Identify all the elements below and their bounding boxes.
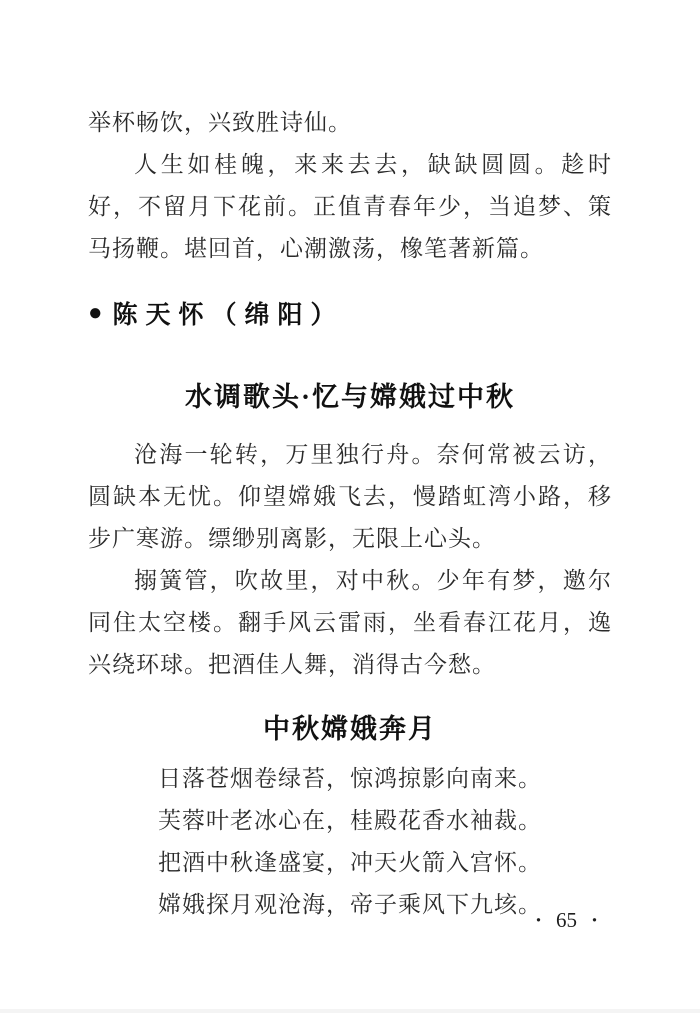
page-number-right-dot: · bbox=[591, 910, 598, 931]
poem1-stanzas: 沧海一轮转，万里独行舟。奈何常被云访，圆缺本无忧。仰望嫦娥飞去，慢踏虹湾小路，移… bbox=[88, 434, 612, 686]
poem1-stanza-1: 沧海一轮转，万里独行舟。奈何常被云访，圆缺本无忧。仰望嫦娥飞去，慢踏虹湾小路，移… bbox=[88, 434, 612, 560]
poem2-verse-line: 嫦娥探月观沧海，帝子乘风下九垓。 bbox=[88, 884, 612, 926]
author-heading: ● 陈天怀（绵阳） bbox=[88, 296, 612, 330]
author-name: 陈天怀（绵阳） bbox=[113, 295, 344, 331]
paragraph-continuation: 举杯畅饮，兴致胜诗仙。 bbox=[88, 102, 612, 144]
poem1-stanza-2: 搦簧管，吹故里，对中秋。少年有梦，邀尔同住太空楼。翻手风云雷雨，坐看春江花月，逸… bbox=[88, 560, 612, 686]
poem-title-shuidiaogetou: 水调歌头·忆与嫦娥过中秋 bbox=[88, 376, 612, 418]
poem-title-zhongqiu-changer: 中秋嫦娥奔月 bbox=[88, 708, 612, 750]
poem2-verse-line: 把酒中秋逢盛宴，冲天火箭入宫怀。 bbox=[88, 842, 612, 884]
author-bullet-icon: ● bbox=[88, 301, 103, 325]
page-number-value: 65 bbox=[556, 908, 577, 933]
book-page: 举杯畅饮，兴致胜诗仙。 人生如桂魄，来来去去，缺缺圆圆。趁时好，不留月下花前。正… bbox=[0, 0, 700, 1013]
page-number: · 65 · bbox=[535, 908, 598, 933]
page-content: 举杯畅饮，兴致胜诗仙。 人生如桂魄，来来去去，缺缺圆圆。趁时好，不留月下花前。正… bbox=[0, 0, 700, 926]
paragraph-ci-previous: 人生如桂魄，来来去去，缺缺圆圆。趁时好，不留月下花前。正值青春年少，当追梦、策马… bbox=[88, 144, 612, 270]
poem2-verse-line: 日落苍烟卷绿苔，惊鸿掠影向南来。 bbox=[88, 758, 612, 800]
poem2-verses: 日落苍烟卷绿苔，惊鸿掠影向南来。 芙蓉叶老冰心在，桂殿花香水袖裁。 把酒中秋逢盛… bbox=[88, 758, 612, 926]
poem2-verse-line: 芙蓉叶老冰心在，桂殿花香水袖裁。 bbox=[88, 800, 612, 842]
page-bottom-edge bbox=[0, 1009, 700, 1013]
page-number-left-dot: · bbox=[535, 910, 542, 931]
